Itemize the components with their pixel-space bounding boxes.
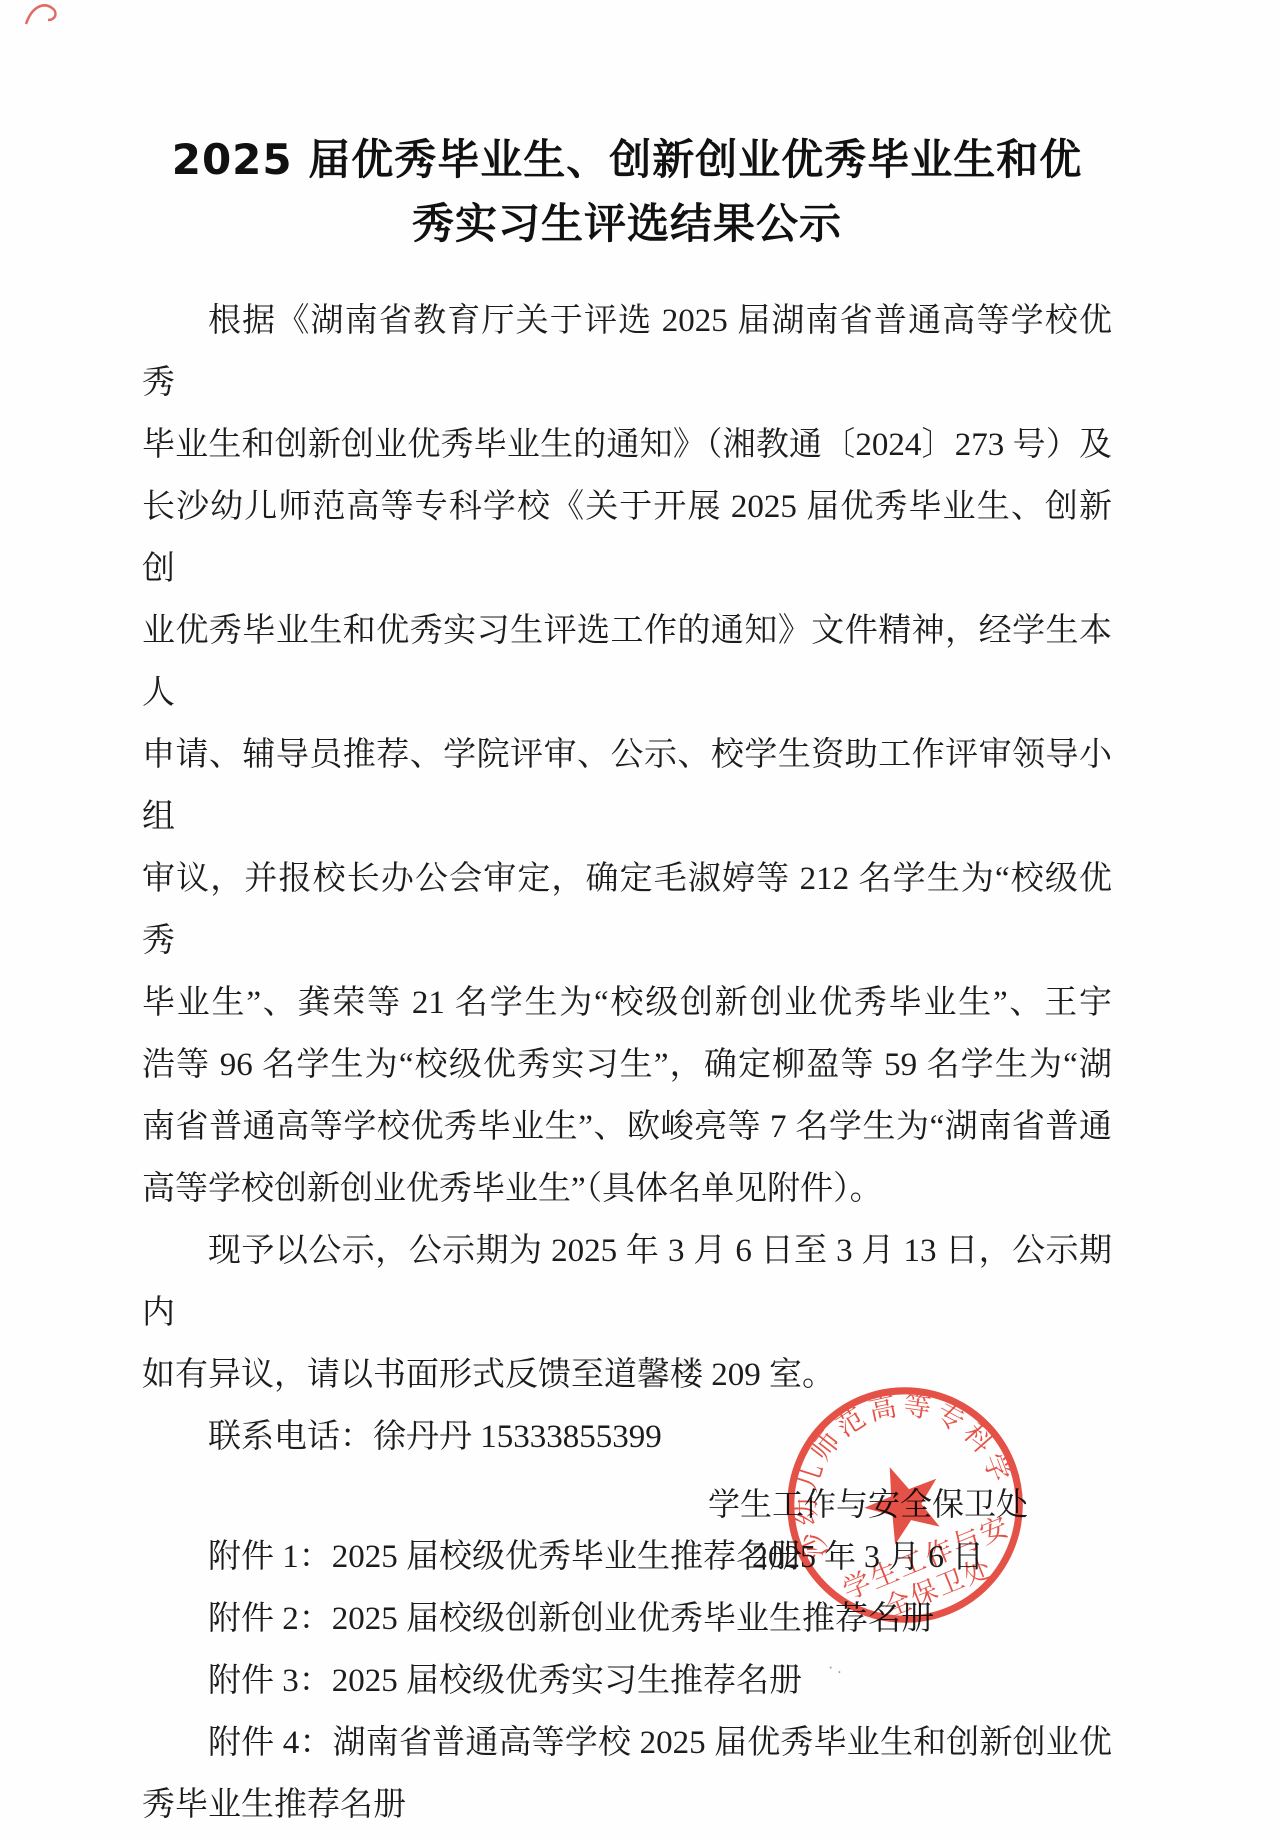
document-title: 2025 届优秀毕业生、创新创业优秀毕业生和优 秀实习生评选结果公示 [142,128,1112,256]
paragraph1-line: 浩等 96 名学生为“校级优秀实习生”，确定柳盈等 59 名学生为“湖 [142,1034,1112,1096]
paragraph1-line: 长沙幼儿师范高等专科学校《关于开展 2025 届优秀毕业生、创新创 [142,476,1112,600]
paragraph1-line: 南省普通高等学校优秀毕业生”、欧峻亮等 7 名学生为“湖南省普通 [142,1096,1112,1158]
title-line-2: 秀实习生评选结果公示 [142,192,1112,256]
attachment-line: 附件 4：湖南省普通高等学校 2025 届优秀毕业生和创新创业优 [142,1712,1112,1774]
contact-line: 联系电话：徐丹丹 15333855399 [142,1406,1112,1468]
attachment-line: 秀毕业生推荐名册 [142,1774,1112,1836]
paragraph1-line: 毕业生”、龚荣等 21 名学生为“校级创新创业优秀毕业生”、王宇 [142,972,1112,1034]
attachment-line: 附件 3：2025 届校级优秀实习生推荐名册 [142,1650,1112,1712]
scan-artifact-red-mark [22,0,70,30]
paragraph1-line: 毕业生和创新创业优秀毕业生的通知》（湘教通〔2024〕273 号）及 [142,414,1112,476]
attachment-line: 附件 2：2025 届校级创新创业优秀毕业生推荐名册 [142,1588,1112,1650]
signature-block: 学生工作与安全保卫处 2025 年 3 月 6 日 [700,1478,1036,1582]
title-line-1: 2025 届优秀毕业生、创新创业优秀毕业生和优 [142,128,1112,192]
paragraph1-line: 业优秀毕业生和优秀实习生评选工作的通知》文件精神，经学生本人 [142,600,1112,724]
paragraph1-line: 高等学校创新创业优秀毕业生”（具体名单见附件）。 [142,1158,1112,1220]
paragraph1-line: 申请、辅导员推荐、学院评审、公示、校学生资助工作评审领导小组 [142,724,1112,848]
paragraph1-line: 审议，并报校长办公会审定，确定毛淑婷等 212 名学生为“校级优秀 [142,848,1112,972]
scanned-document-page: 2025 届优秀毕业生、创新创业优秀毕业生和优 秀实习生评选结果公示 根据《湖南… [0,0,1280,1840]
signature-date: 2025 年 3 月 6 日 [700,1530,1036,1582]
signature-department: 学生工作与安全保卫处 [700,1478,1036,1530]
scan-artifact-dots: ·. [828,1660,845,1678]
paragraph2-line: 如有异议，请以书面形式反馈至道馨楼 209 室。 [142,1344,1112,1406]
paragraph2-line: 现予以公示，公示期为 2025 年 3 月 6 日至 3 月 13 日，公示期内 [142,1220,1112,1344]
paragraph1-line: 根据《湖南省教育厅关于评选 2025 届湖南省普通高等学校优秀 [142,290,1112,414]
